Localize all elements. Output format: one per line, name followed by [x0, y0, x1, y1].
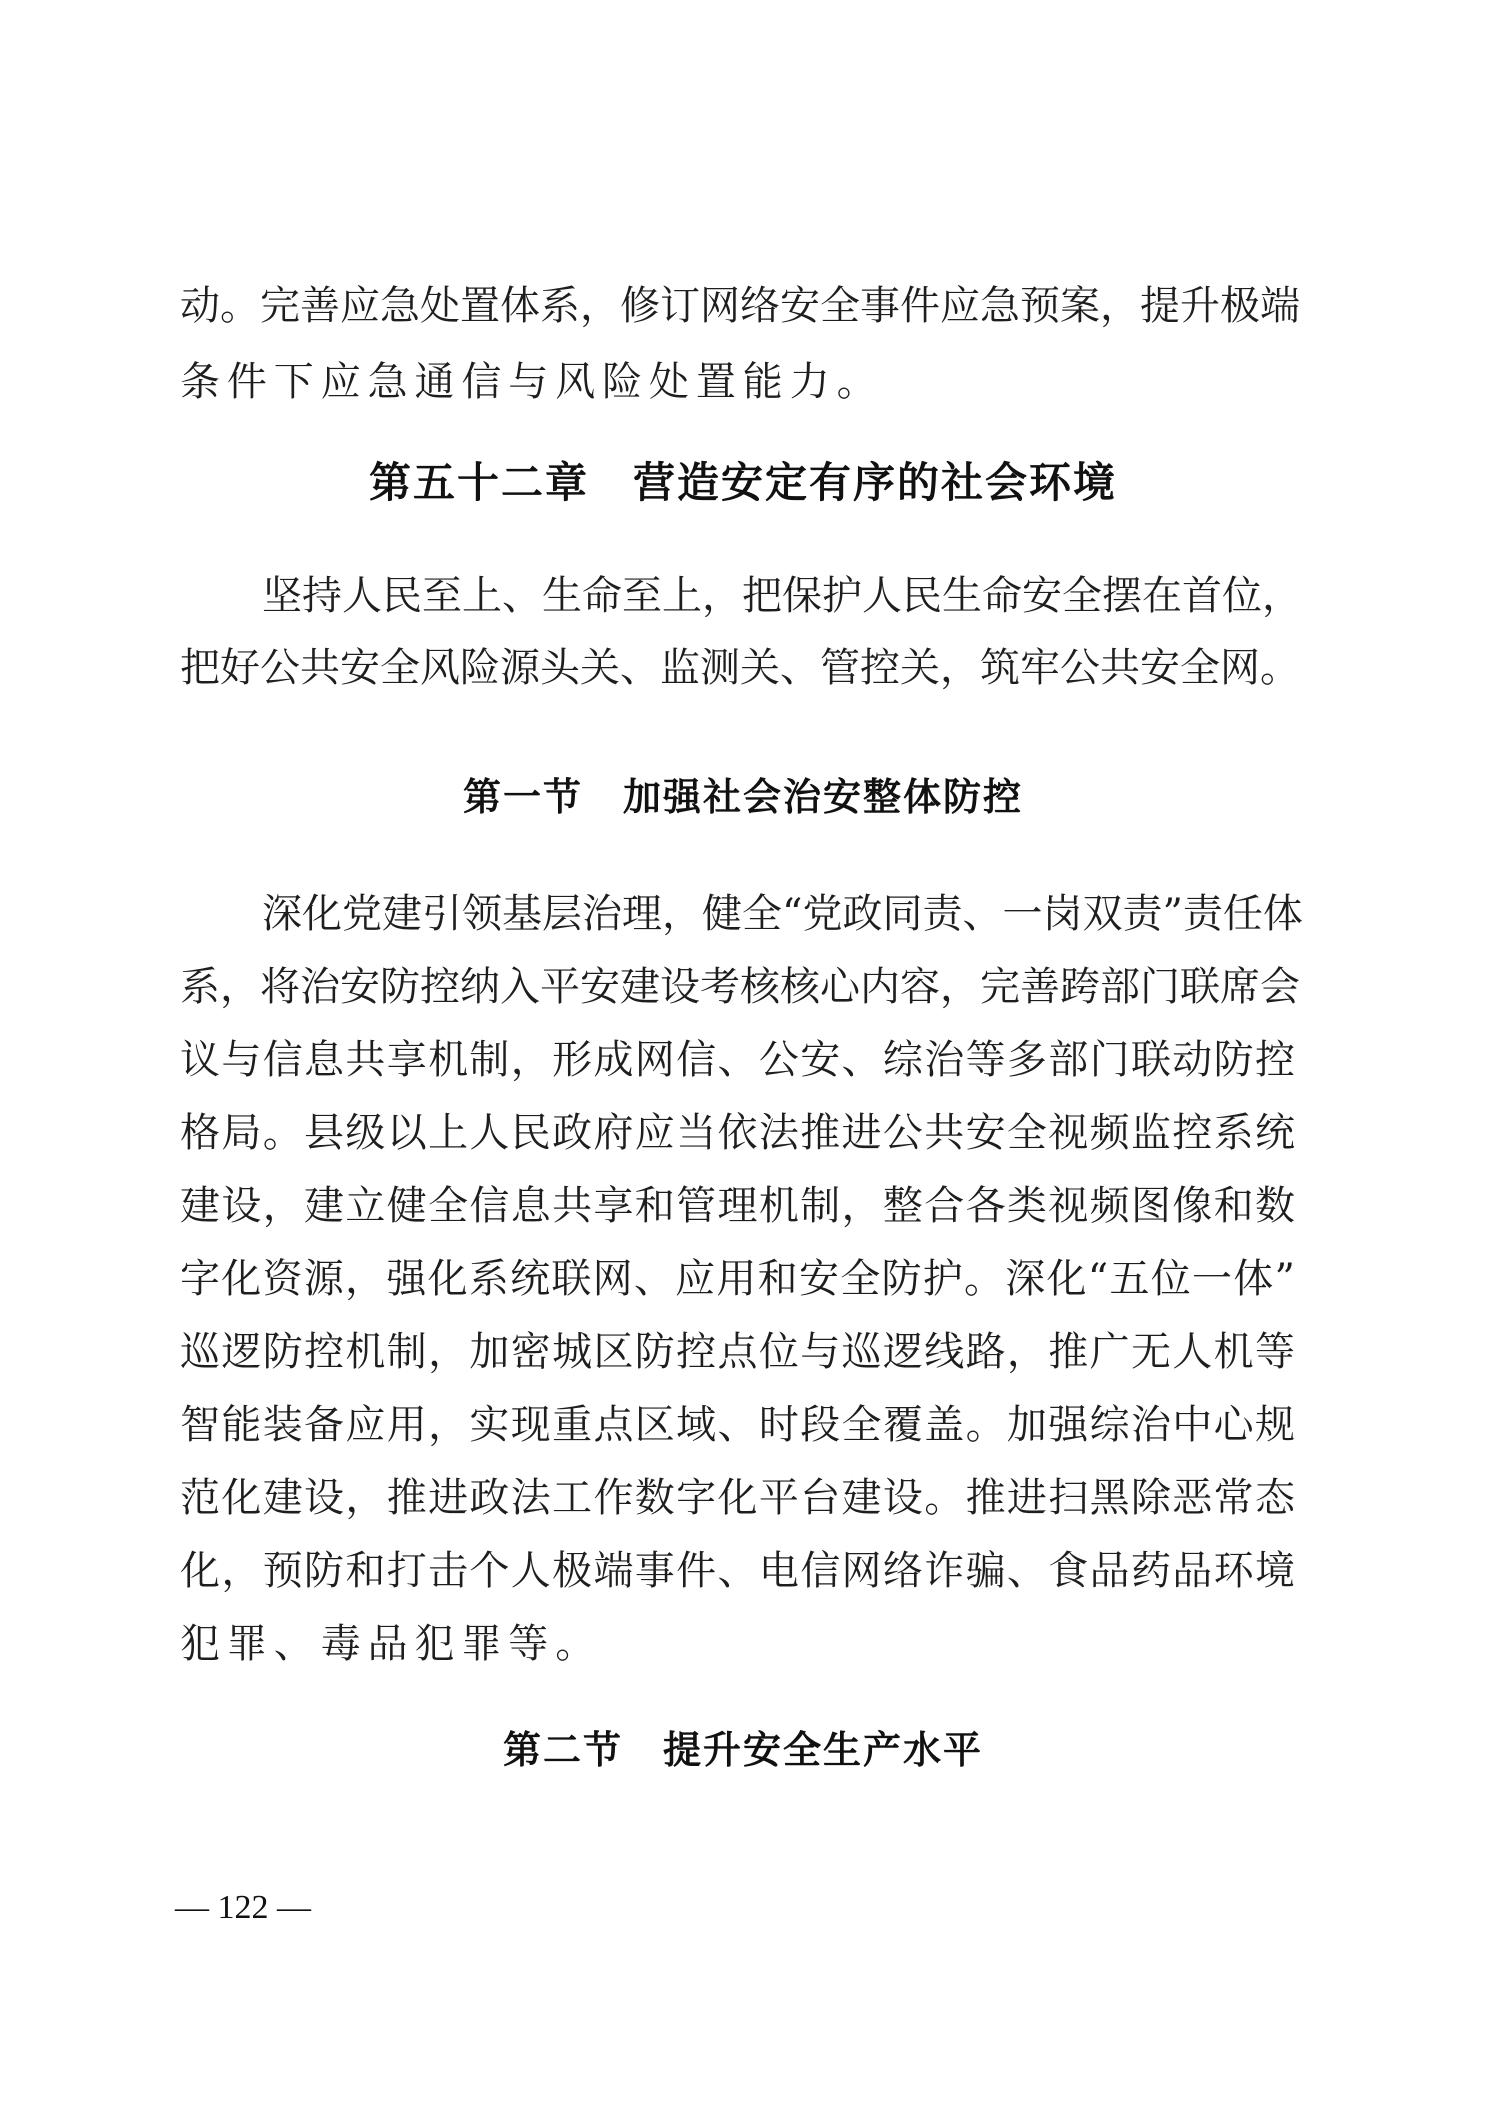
- paragraph-line: 深化党建引领基层治理，健全“党政同责、一岗双责”责任体: [262, 890, 1295, 938]
- paragraph-line: 动。完善应急处置体系，修订网络安全事件应急预案，提升极端: [180, 282, 1295, 330]
- paragraph-line: 字化资源，强化系统联网、应用和安全防护。深化“五位一体”: [180, 1255, 1295, 1303]
- paragraph-line: 智能装备应用，实现重点区域、时段全覆盖。加强综治中心规: [180, 1401, 1295, 1449]
- paragraph-line: 议与信息共享机制，形成网信、公安、综治等多部门联动防控: [180, 1036, 1295, 1084]
- section-heading: 第二节 提升安全生产水平: [0, 1726, 1486, 1774]
- page-number: — 122 —: [175, 1888, 311, 1928]
- paragraph-line: 范化建设，推进政法工作数字化平台建设。推进扫黑除恶常态: [180, 1474, 1295, 1522]
- paragraph-line: 系，将治安防控纳入平安建设考核核心内容，完善跨部门联席会: [180, 963, 1295, 1011]
- paragraph-line: 坚持人民至上、生命至上，把保护人民生命安全摆在首位，: [262, 572, 1295, 620]
- paragraph-line: 巡逻防控机制，加密城区防控点位与巡逻线路，推广无人机等: [180, 1328, 1295, 1376]
- paragraph-line: 化，预防和打击个人极端事件、电信网络诈骗、食品药品环境: [180, 1547, 1295, 1595]
- paragraph-line: 格局。县级以上人民政府应当依法推进公共安全视频监控系统: [180, 1109, 1295, 1157]
- paragraph-line: 建设，建立健全信息共享和管理机制，整合各类视频图像和数: [180, 1182, 1295, 1230]
- section-heading: 第一节 加强社会治安整体防控: [0, 773, 1486, 821]
- document-page: 动。完善应急处置体系，修订网络安全事件应急预案，提升极端 条件下应急通信与风险处…: [0, 0, 1486, 2103]
- chapter-heading: 第五十二章 营造安定有序的社会环境: [0, 457, 1486, 509]
- paragraph-line: 条件下应急通信与风险处置能力。: [180, 358, 1295, 406]
- paragraph-line: 犯罪、毒品犯罪等。: [180, 1620, 1295, 1668]
- paragraph-line: 把好公共安全风险源头关、监测关、管控关，筑牢公共安全网。: [180, 644, 1295, 692]
